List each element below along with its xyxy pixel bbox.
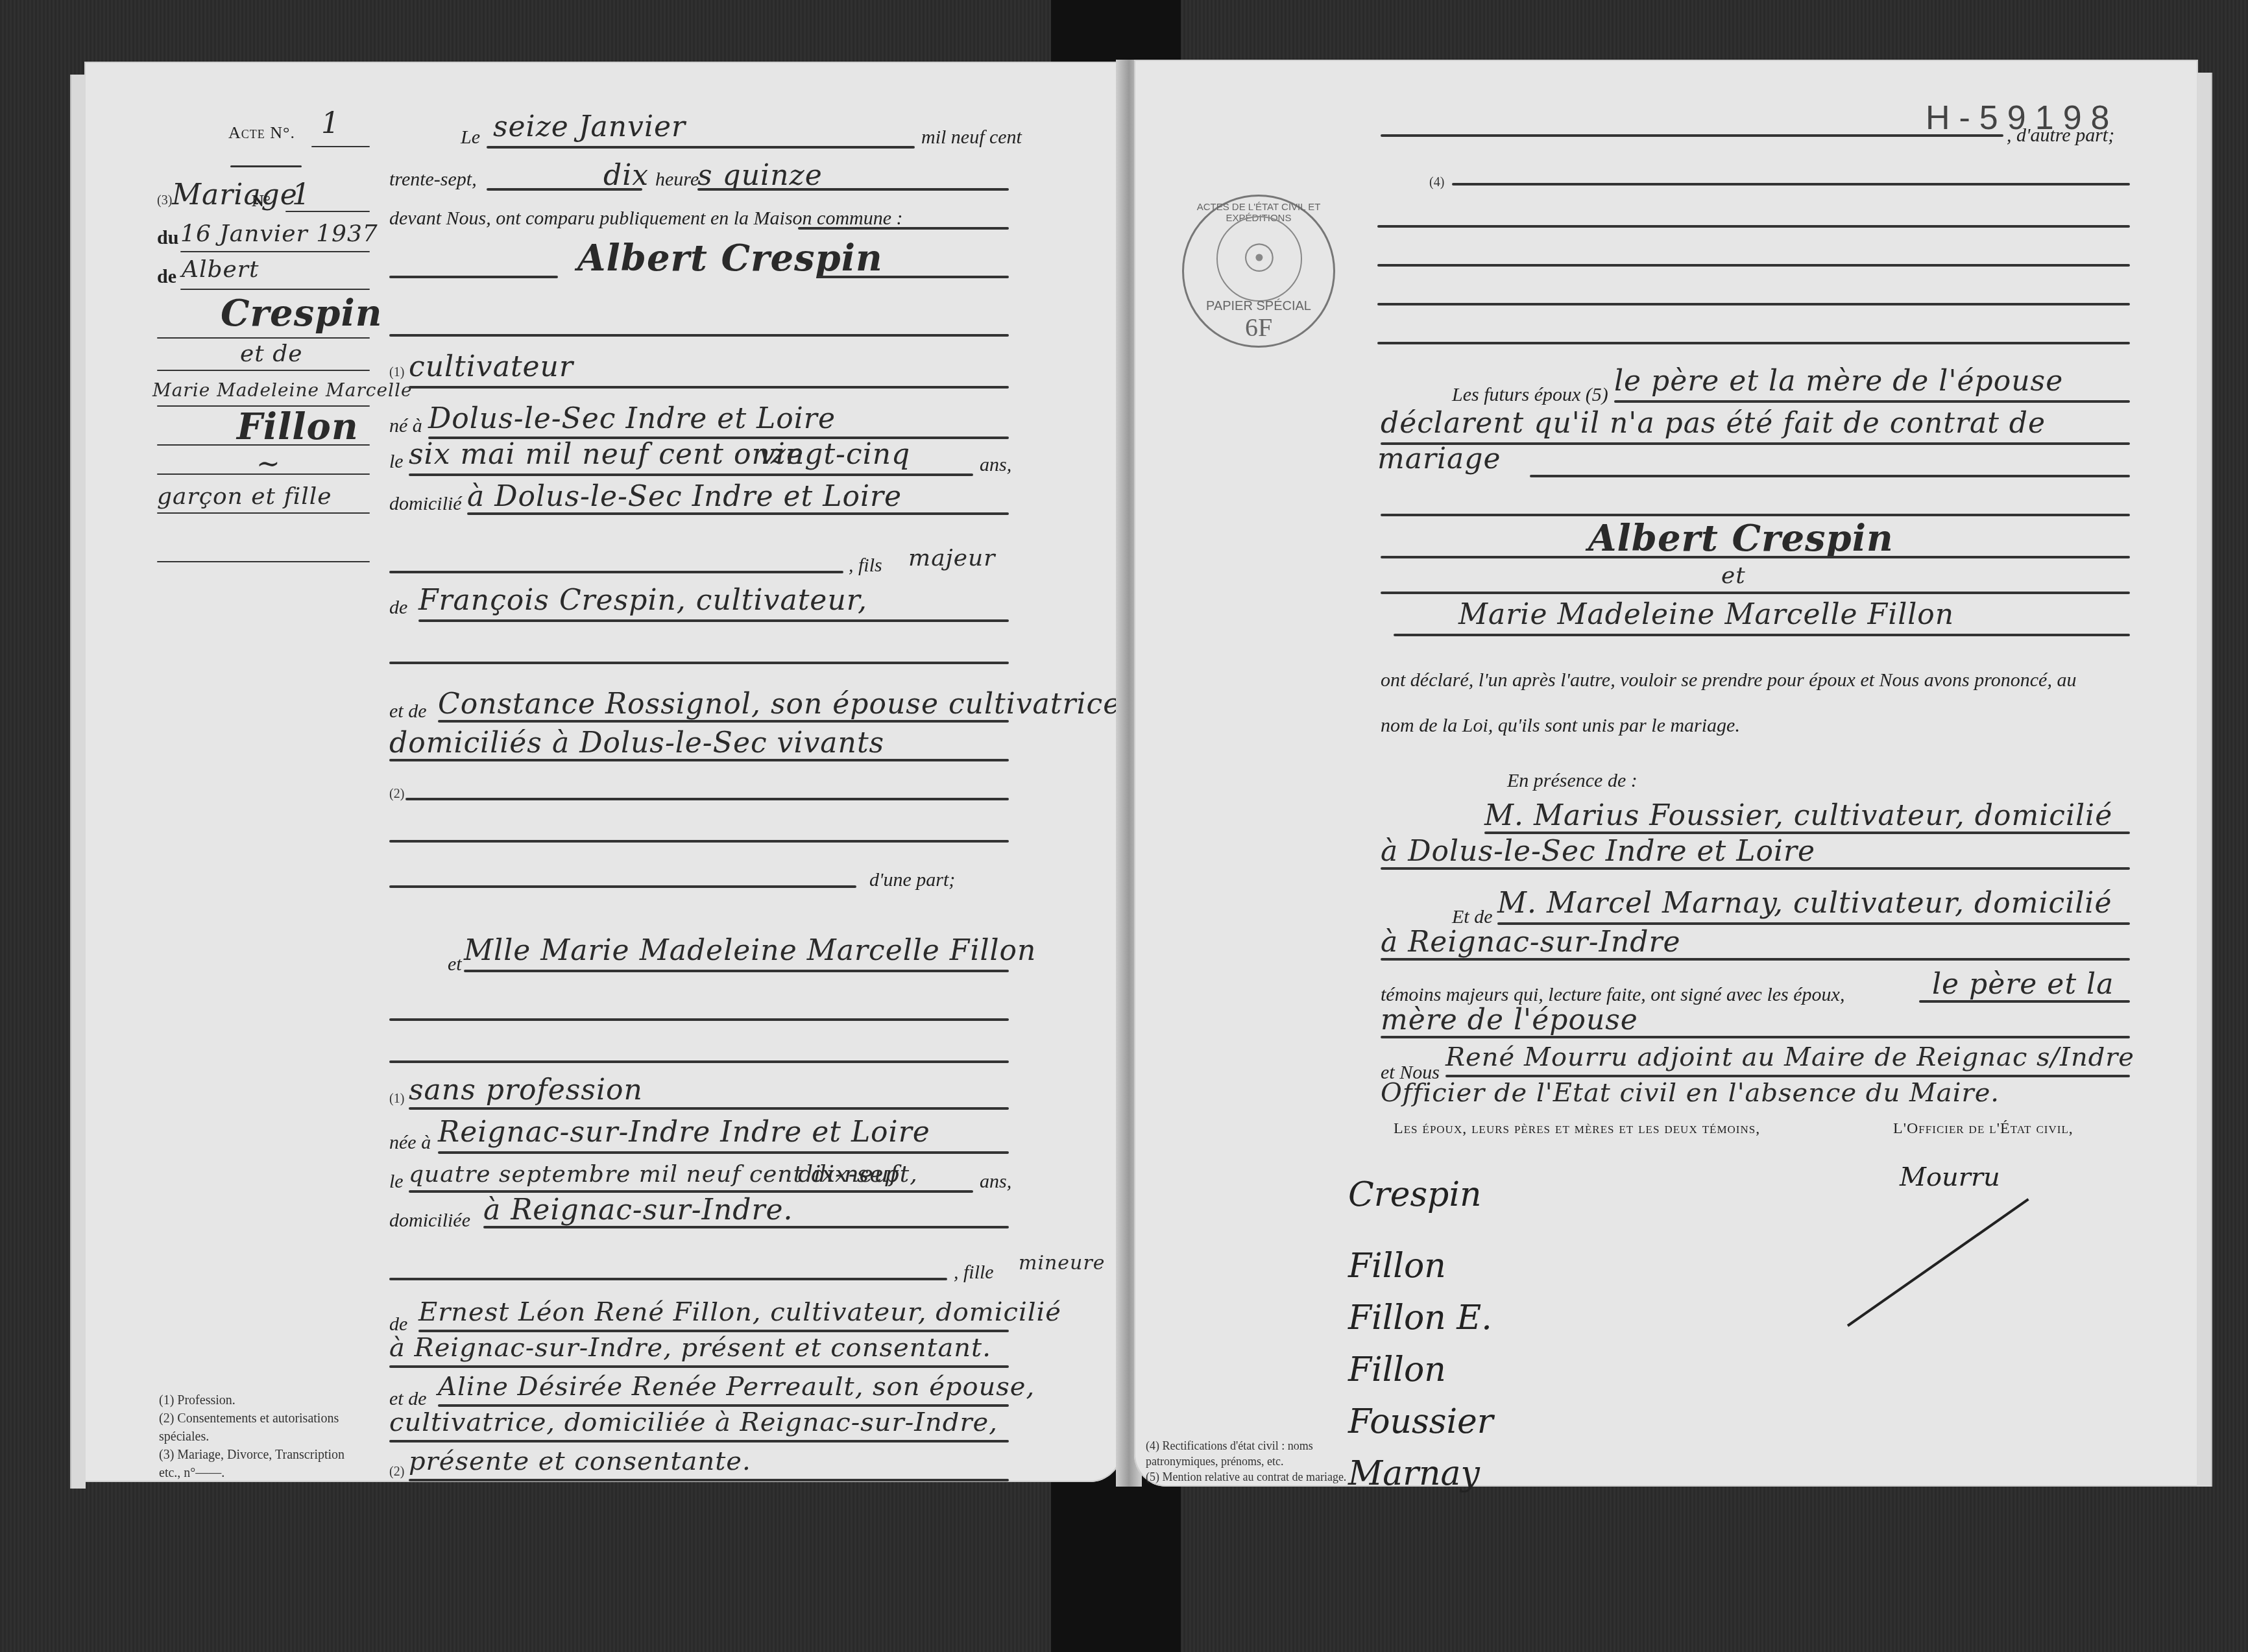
margin-tilde: ~ [256, 448, 281, 481]
note2-marker: (2) [389, 785, 404, 803]
officer-cont: Officier de l'Etat civil en l'absence du… [1381, 1078, 2000, 1108]
hour: dix [603, 159, 649, 192]
groom-full: Albert Crespin [577, 237, 883, 280]
fille-status: mineure [1019, 1252, 1106, 1275]
bride-domicile: à Reignac-sur-Indre. [483, 1193, 793, 1227]
declaration-line-2: nom de la Loi, qu'ils sont unis par le m… [1381, 715, 1740, 737]
witness-2: M. Marcel Marnay, cultivateur, domicilié [1497, 887, 2112, 920]
witness-1: M. Marius Foussier, cultivateur, domicil… [1484, 799, 2112, 832]
left-footnotes: (1) Profession. (2) Consentements et aut… [159, 1391, 367, 1482]
footnote-1: (1) Profession. [159, 1391, 367, 1409]
groom-birthplace: Dolus-le-Sec Indre et Loire [428, 402, 836, 435]
bride-profession: sans profession [409, 1073, 643, 1107]
footnote-4: (4) Rectifications d'état civil : noms p… [1146, 1438, 1353, 1469]
le-label-3: le [389, 1171, 404, 1193]
fils-label: , fils [849, 555, 882, 577]
groom-father: François Crespin, cultivateur, [418, 584, 867, 617]
tax-stamp: ACTES DE L'ÉTAT CIVIL ET EXPÉDITIONS ☉ P… [1182, 195, 1335, 348]
groom-full-right: Albert Crespin [1588, 517, 1894, 560]
signatures-heading-right: L'Officier de l'État civil, [1893, 1120, 2073, 1138]
signature-groom: Crespin [1348, 1175, 1482, 1214]
domiciliee-label: domiciliée [389, 1210, 470, 1232]
margin-groom-last: Crespin [221, 292, 382, 335]
note1-marker-bride: (1) [389, 1090, 404, 1108]
margin-date: 16 Janvier 1937 [180, 221, 378, 247]
signature-bride-mother: Fillon [1348, 1350, 1446, 1389]
groom-birthdate: six mai mil neuf cent onze [409, 438, 804, 471]
bride-mother-consent: présente et consentante. [409, 1446, 751, 1476]
mariage-number: 1 [292, 178, 311, 211]
groom-profession: cultivateur [409, 350, 574, 383]
du-label: du [157, 227, 178, 249]
bride-full: Mlle Marie Madeleine Marcelle Fillon [464, 934, 1036, 967]
minutes: s quinze [697, 159, 823, 192]
bride-full-right: Marie Madeleine Marcelle Fillon [1458, 598, 1954, 631]
le-label: Le [461, 126, 480, 149]
groom-parents-domicile: domiciliés à Dolus-le-Sec vivants [389, 726, 884, 760]
margin-groom-first: Albert [182, 256, 260, 283]
trente-sept: trente-sept, [389, 169, 477, 191]
signature-witness-1: Foussier [1348, 1402, 1493, 1441]
date-words: seize Janvier [493, 110, 686, 143]
note1-marker: (1) [389, 363, 404, 381]
groom-mother: Constance Rossignol, son épouse cultivat… [438, 688, 1130, 721]
d-autre-part: , d'autre part; [2007, 125, 2114, 147]
bride-birthplace: Reignac-sur-Indre Indre et Loire [438, 1116, 930, 1149]
officer: René Mourru adjoint au Maire de Reignac … [1445, 1042, 2134, 1072]
de-label-father: de [389, 597, 407, 619]
declaration-line-1: ont déclaré, l'un après l'autre, vouloir… [1381, 669, 2076, 691]
witness-2-cont: à Reignac-sur-Indre [1381, 926, 1680, 959]
groom-domicile: à Dolus-le-Sec Indre et Loire [467, 480, 902, 513]
signature-officer: Mourru [1900, 1162, 2000, 1192]
signature-bride: Fillon [1348, 1247, 1446, 1286]
note2-marker-bride: (2) [389, 1463, 404, 1481]
bride-mother-cont: cultivatrice, domiciliée à Reignac-sur-I… [389, 1407, 998, 1437]
margin-bride-last: Fillon [237, 405, 359, 448]
page-stack-edge [70, 75, 86, 1489]
de-label-bride-father: de [389, 1313, 407, 1335]
bride-father: Ernest Léon René Fillon, cultivateur, do… [418, 1297, 1061, 1327]
mariage-no-label: N° [252, 191, 271, 211]
bride-mother: Aline Désirée Renée Perreault, son épous… [438, 1372, 1035, 1402]
et-de-label-bride-mother: et de [389, 1388, 426, 1410]
witness-1-cont: à Dolus-le-Sec Indre et Loire [1381, 835, 1815, 868]
margin-status: garçon et fille [157, 483, 332, 510]
domicilie-label: domicilié [389, 493, 462, 515]
groom-age: vingt-cinq [759, 438, 910, 471]
temoins-hand: le père et la [1932, 968, 2114, 1001]
et-de-label-witness: Et de [1452, 906, 1492, 928]
contract-line-3: mariage [1377, 442, 1501, 475]
page-stack-edge-right [2197, 73, 2212, 1487]
temoins-text: témoins majeurs qui, lecture faite, ont … [1381, 984, 1844, 1006]
de-label: de [157, 266, 176, 288]
marianne-effigy-icon: ☉ [1216, 216, 1302, 302]
contract-line-1: le père et la mère de l'épouse [1614, 365, 2063, 398]
ne-a-label: né à [389, 415, 422, 437]
fils-status: majeur [908, 545, 995, 571]
et-de-label-mother: et de [389, 700, 426, 723]
officer-signature-flourish [1847, 1198, 2029, 1326]
mariage-label: Mariage [172, 178, 298, 211]
bride-age: dix-neuf [798, 1161, 899, 1188]
left-page: Acte N°. 1 (3) Mariage N° 1 du 16 Janvie… [84, 62, 1122, 1482]
d-une-part: d'une part; [869, 869, 955, 891]
stamp-value: 6F [1184, 312, 1333, 342]
fille-label: , fille [954, 1262, 994, 1284]
footnote-2: (2) Consentements et autorisations spéci… [159, 1409, 367, 1446]
le-label-2: le [389, 451, 404, 473]
futurs-epoux-label: Les futurs époux (5) [1452, 384, 1608, 406]
footnote-5: (5) Mention relative au contrat de maria… [1146, 1469, 1353, 1485]
acte-label: Acte N°. [228, 123, 295, 143]
devant-nous: devant Nous, ont comparu publiquement en… [389, 208, 903, 230]
margin-et-de: et de [240, 341, 303, 367]
acte-number: 1 [321, 107, 340, 140]
mariage-prefix: (3) [157, 191, 172, 209]
contract-line-2: déclarent qu'il n'a pas été fait de cont… [1381, 407, 2046, 440]
mil-neuf-cent: mil neuf cent [921, 126, 1022, 149]
temoins-hand-cont: mère de l'épouse [1381, 1003, 1638, 1036]
signature-bride-father: Fillon E. [1348, 1299, 1492, 1337]
signatures-heading-left: Les époux, leurs pères et mères et les d… [1394, 1120, 1760, 1138]
et-label: et [448, 953, 462, 976]
et-word: et [1721, 562, 1746, 589]
signature-witness-2: Marnay [1348, 1454, 1480, 1493]
nee-a-label: née à [389, 1132, 431, 1154]
footnote-3: (3) Mariage, Divorce, Transcription etc.… [159, 1446, 367, 1482]
note4-marker: (4) [1429, 173, 1444, 191]
margin-bride-first: Marie Madeleine Marcelle [152, 379, 413, 401]
ans-label-2: ans, [980, 1171, 1011, 1193]
heures-label: heure [655, 169, 699, 191]
en-presence-label: En présence de : [1507, 770, 1638, 792]
ans-label: ans, [980, 454, 1011, 476]
bride-father-cont: à Reignac-sur-Indre, présent et consenta… [389, 1333, 991, 1363]
right-footnotes: (4) Rectifications d'état civil : noms p… [1146, 1438, 1353, 1485]
